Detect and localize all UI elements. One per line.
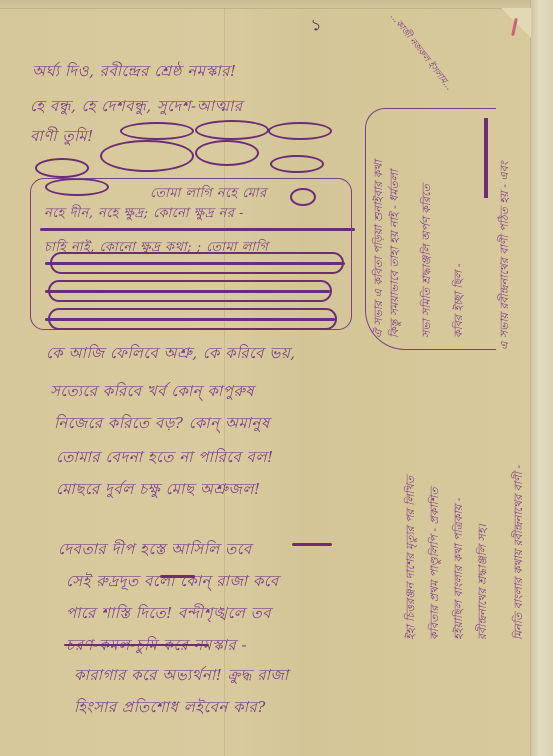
poem-line-11: মোছরে দুর্বল চক্ষু মোছ অশ্রুজল! bbox=[56, 478, 261, 503]
poem-line-10: তোমার বেদনা হতে না পারিবে বল! bbox=[56, 446, 274, 471]
strikethrough-word bbox=[292, 543, 332, 546]
page-number-mark: ১ bbox=[309, 11, 324, 39]
scribble-row bbox=[48, 280, 332, 302]
margin-bold-bar bbox=[484, 118, 488, 198]
poem-line-14: পারে শাস্তি দিতে! বন্দীশৃঙ্খলে তব bbox=[66, 602, 271, 627]
poem-line-9: নিজেরে করিতে বড়? কোন্ অমানুষ bbox=[54, 412, 270, 437]
strikethrough-word bbox=[160, 575, 195, 578]
poem-line-2: হে বন্ধু, হে দেশবন্ধু, সুদেশ-আত্মার bbox=[30, 95, 243, 120]
poem-line-8: সত্যেরে করিবে খর্ব কোন্ কাপুরুষ bbox=[50, 380, 254, 405]
manuscript-page: ১ অর্ঘ্য দিও, রবীন্দ্রের শ্রেষ্ঠ নমস্কার… bbox=[0, 0, 553, 756]
poem-line-15: চরণ-কমল-চুমি করে নমস্কার - bbox=[66, 634, 247, 659]
strikethrough-phrase bbox=[64, 644, 209, 646]
poem-line-12: দেবতার দীপ হস্তে আসিলি তবে bbox=[58, 538, 252, 563]
paper-right-border bbox=[530, 0, 553, 756]
poem-line-17: হিংসার প্রতিশোধ লইবেন কার? bbox=[74, 696, 266, 721]
scribble-row bbox=[48, 308, 337, 330]
poem-line-7: কে আজি ফেলিবে অশ্রু, কে করিবে ভয়, bbox=[46, 342, 296, 367]
diagonal-margin-callout: ...কাজী নজরুল ইসলাম... bbox=[386, 10, 456, 94]
poem-line-1: অর্ঘ্য দিও, রবীন্দ্রের শ্রেষ্ঠ নমস্কার! bbox=[32, 60, 236, 85]
poem-line-16: কারাগার করে অভ্যর্থনা! ক্রুদ্ধ রাজা bbox=[74, 664, 289, 689]
paper-top-edge bbox=[0, 0, 553, 9]
poem-line-3: বাণী তুমি! bbox=[30, 125, 94, 150]
poem-line-13: সেই রুদ্রদূত বলো কোন্ রাজা কবে bbox=[66, 570, 279, 595]
scribble-row bbox=[50, 252, 344, 274]
